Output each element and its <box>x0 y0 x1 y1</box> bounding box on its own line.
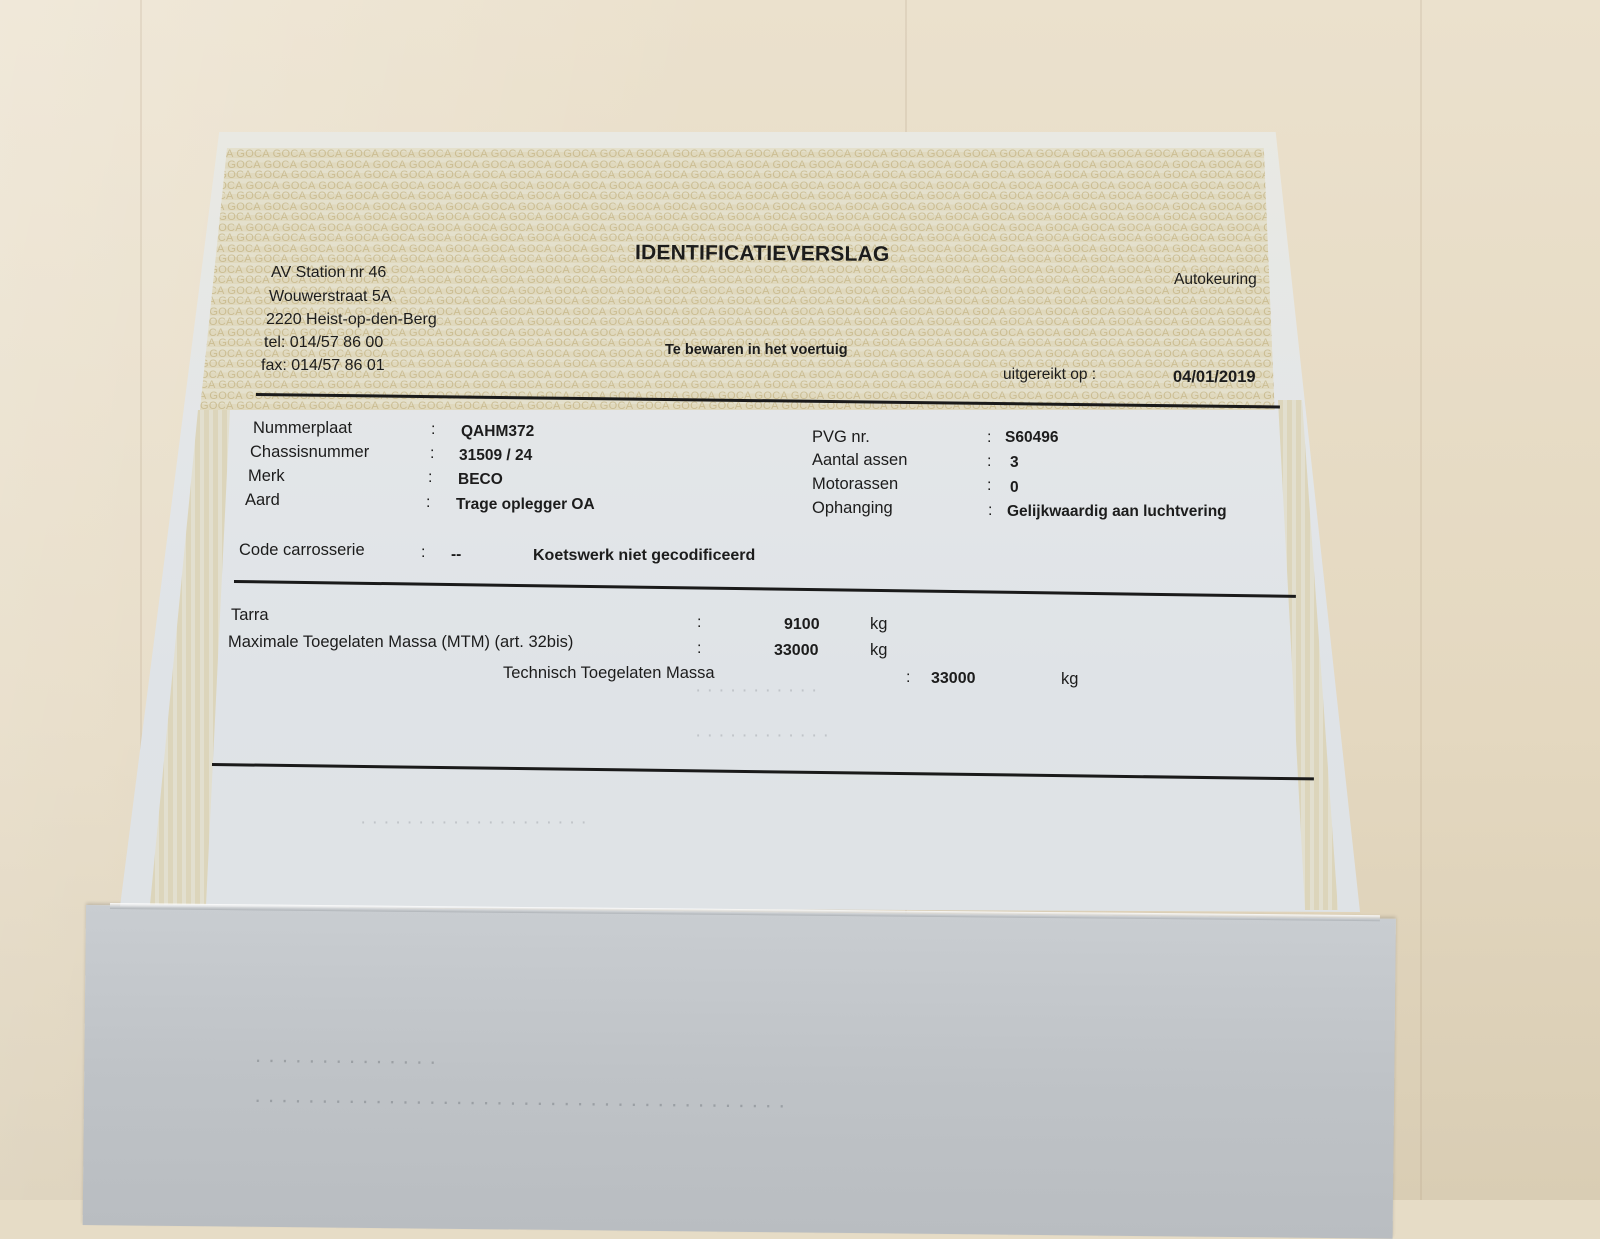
bleed-through-text: · · · · · · · · · · · · · · · · · · · · <box>360 812 587 834</box>
bodywork-description: Koetswerk niet gecodificeerd <box>533 547 755 565</box>
pvg-label: PVG nr. <box>812 428 870 447</box>
station-phone: tel: 014/57 86 00 <box>264 334 383 352</box>
mtm-unit: kg <box>870 641 887 660</box>
chassis-label: Chassisnummer <box>250 443 369 462</box>
separator: : <box>987 429 991 447</box>
keep-in-vehicle-notice: Te bewaren in het voertuig <box>665 342 848 358</box>
pvg-value: S60496 <box>1005 429 1058 447</box>
bodywork-code-value: -- <box>451 546 461 564</box>
station-name: AV Station nr 46 <box>271 264 386 282</box>
motor-axles-label: Motorassen <box>812 475 898 494</box>
separator: : <box>431 421 435 439</box>
brand-label: Merk <box>248 467 285 486</box>
technical-mass-unit: kg <box>1061 670 1078 689</box>
issued-date: 04/01/2019 <box>1173 368 1256 387</box>
separator: : <box>426 494 430 512</box>
mtm-label: Maximale Toegelaten Massa (MTM) (art. 32… <box>228 633 573 652</box>
separator: : <box>988 502 992 520</box>
axles-value: 3 <box>1010 454 1019 472</box>
axles-label: Aantal assen <box>812 451 907 470</box>
type-value: Trage oplegger OA <box>456 496 595 514</box>
separator: : <box>987 477 991 495</box>
plank-seam <box>1420 0 1422 1200</box>
faint-text: · · · · · · · · · · · · · · <box>254 1047 436 1075</box>
underlying-sheet: · · · · · · · · · · · · · · · · · · · · … <box>83 905 1396 1200</box>
separator: : <box>421 544 425 562</box>
tare-unit: kg <box>870 615 887 634</box>
suspension-value: Gelijkwaardig aan luchtvering <box>1007 503 1227 521</box>
separator: : <box>697 614 701 632</box>
tare-value: 9100 <box>784 616 820 634</box>
brand-value: BECO <box>458 471 503 489</box>
technical-mass-value: 33000 <box>931 670 976 688</box>
tare-label: Tarra <box>231 606 269 625</box>
plate-value: QAHM372 <box>461 423 534 441</box>
separator: : <box>428 469 432 487</box>
chassis-value: 31509 / 24 <box>459 447 532 465</box>
faint-text: · · · · · · · · · · · · · · · · · · · · … <box>254 1087 786 1119</box>
plate-label: Nummerplaat <box>253 419 352 438</box>
separator: : <box>987 453 991 471</box>
suspension-label: Ophanging <box>812 499 893 518</box>
station-city: 2220 Heist-op-den-Berg <box>266 311 437 329</box>
bodywork-code-label: Code carrosserie <box>239 541 365 560</box>
separator: : <box>430 445 434 463</box>
bleed-through-text: · · · · · · · · · · · · <box>695 725 829 747</box>
document-title: IDENTIFICATIEVERSLAG <box>635 241 890 267</box>
separator: : <box>906 669 910 687</box>
mtm-value: 33000 <box>774 642 819 660</box>
issued-label: uitgereikt op : <box>1003 366 1096 384</box>
technical-mass-label: Technisch Toegelaten Massa <box>503 664 715 683</box>
bleed-through-text: · · · · · · · · · · · <box>695 680 817 702</box>
separator: : <box>697 640 701 658</box>
motor-axles-value: 0 <box>1010 479 1019 497</box>
organization-name: Autokeuring <box>1174 271 1257 289</box>
station-fax: fax: 014/57 86 01 <box>261 357 385 375</box>
station-street: Wouwerstraat 5A <box>269 288 391 306</box>
type-label: Aard <box>245 491 280 510</box>
